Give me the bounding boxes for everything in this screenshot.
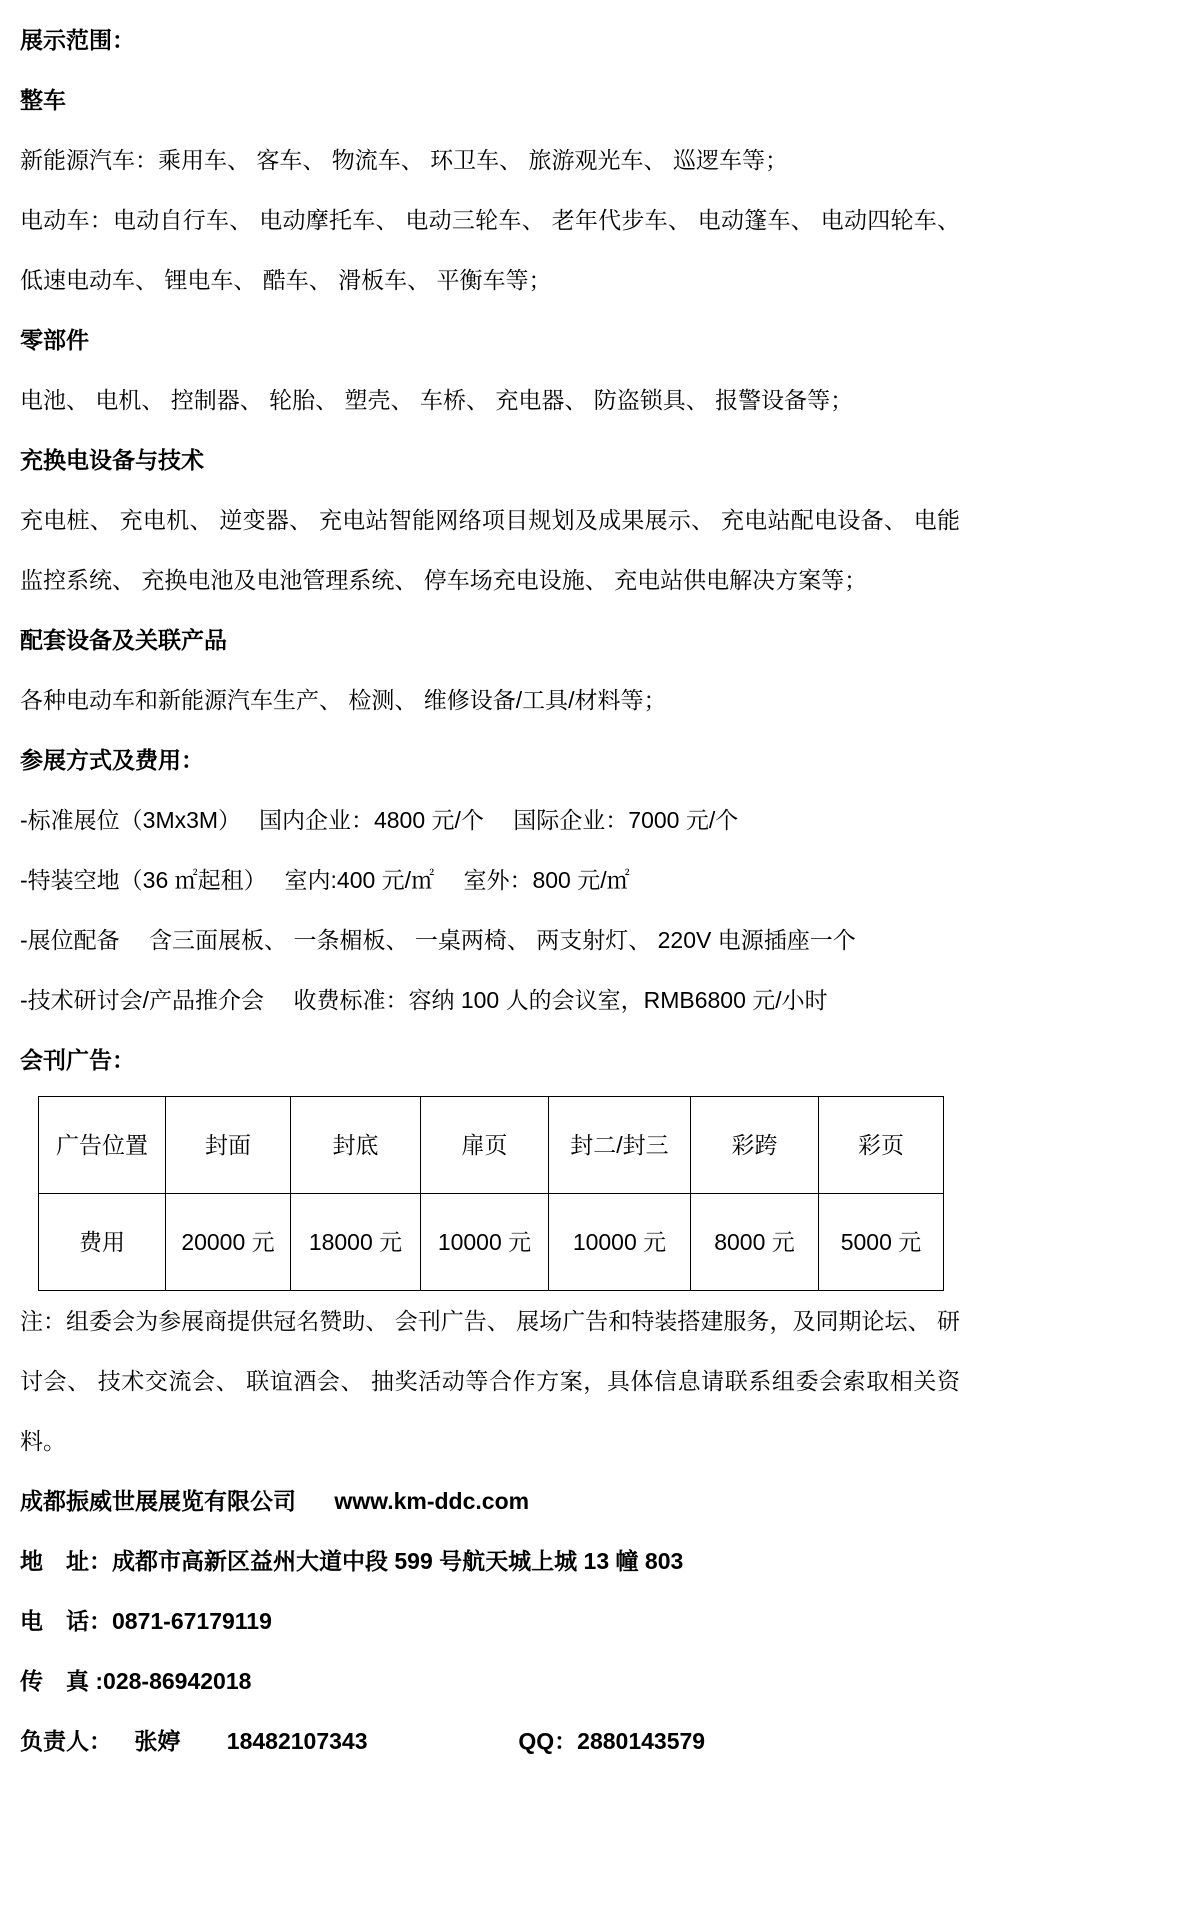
fee-item-seminar: -技术研讨会/产品推介会 收费标准：容纳 100 人的会议室，RMB6800 元… — [20, 970, 960, 1030]
fee-value-cell: 8000 元 — [691, 1194, 819, 1291]
manager-phone: 18482107343 — [227, 1728, 368, 1754]
section-heading-support: 配套设备及关联产品 — [20, 610, 960, 670]
ad-position-header-cell: 广告位置 — [39, 1097, 166, 1194]
section-heading-charging: 充换电设备与技术 — [20, 430, 960, 490]
fax-line: 传 真 :028-86942018 — [20, 1651, 960, 1711]
section-heading-journal-ads: 会刊广告： — [20, 1030, 960, 1090]
fee-value-cell: 10000 元 — [549, 1194, 691, 1291]
fee-item-booth-equipment: -展位配备 含三面展板、 一条楣板、 一桌两椅、 两支射灯、 220V 电源插座… — [20, 910, 960, 970]
section-heading-fees: 参展方式及费用： — [20, 730, 960, 790]
table-row: 费用 20000 元 18000 元 10000 元 10000 元 8000 … — [39, 1194, 944, 1291]
ad-col-header-title-page: 扉页 — [421, 1097, 549, 1194]
note-paragraph: 注：组委会为参展商提供冠名赞助、 会刊广告、 展场广告和特装搭建服务，及同期论坛… — [20, 1291, 960, 1471]
phone-line: 电 话：0871-67179119 — [20, 1591, 960, 1651]
qq-contact: QQ：2880143579 — [518, 1728, 705, 1754]
journal-ads-table: 广告位置 封面 封底 扉页 封二/封三 彩跨 彩页 费用 20000 元 180… — [38, 1096, 944, 1291]
ad-col-header-color-spread: 彩跨 — [691, 1097, 819, 1194]
parts-line: 电池、 电机、 控制器、 轮胎、 塑壳、 车桥、 充电器、 防盗锁具、 报警设备… — [20, 370, 960, 430]
fee-value-cell: 20000 元 — [166, 1194, 291, 1291]
document-page: 展示范围： 整车 新能源汽车：乘用车、 客车、 物流车、 环卫车、 旅游观光车、… — [0, 0, 1197, 1927]
fee-value-cell: 18000 元 — [291, 1194, 421, 1291]
ad-col-header-cover: 封面 — [166, 1097, 291, 1194]
manager-label: 负责人： — [20, 1728, 112, 1754]
manager-line: 负责人： 张婷 18482107343 QQ：2880143579 — [20, 1711, 960, 1771]
vehicles-nev-line: 新能源汽车：乘用车、 客车、 物流车、 环卫车、 旅游观光车、 巡逻车等； — [20, 130, 960, 190]
manager-info: 负责人： 张婷 18482107343 — [20, 1711, 512, 1771]
ad-col-header-back-cover: 封底 — [291, 1097, 421, 1194]
fee-row-label: 费用 — [39, 1194, 166, 1291]
vehicles-ev-line: 电动车：电动自行车、 电动摩托车、 电动三轮车、 老年代步车、 电动篷车、 电动… — [20, 190, 960, 310]
section-heading-vehicles: 整车 — [20, 70, 960, 130]
charging-line: 充电桩、 充电机、 逆变器、 充电站智能网络项目规划及成果展示、 充电站配电设备… — [20, 490, 960, 610]
address-line: 地 址：成都市高新区益州大道中段 599 号航天城上城 13 幢 803 — [20, 1531, 960, 1591]
ad-col-header-inside-covers: 封二/封三 — [549, 1097, 691, 1194]
company-line: 成都振威世展展览有限公司 www.km-ddc.com — [20, 1471, 960, 1531]
section-heading-parts: 零部件 — [20, 310, 960, 370]
support-line: 各种电动车和新能源汽车生产、 检测、 维修设备/工具/材料等； — [20, 670, 960, 730]
manager-name: 张婷 — [134, 1728, 180, 1754]
table-header-row: 广告位置 封面 封底 扉页 封二/封三 彩跨 彩页 — [39, 1097, 944, 1194]
fee-value-cell: 10000 元 — [421, 1194, 549, 1291]
company-website: www.km-ddc.com — [334, 1488, 529, 1514]
section-heading-scope: 展示范围： — [20, 10, 960, 70]
fee-item-standard-booth: -标准展位（3Mx3M） 国内企业：4800 元/个 国际企业：7000 元/个 — [20, 790, 960, 850]
company-name: 成都振威世展展览有限公司 — [20, 1488, 296, 1514]
fee-value-cell: 5000 元 — [819, 1194, 944, 1291]
ad-col-header-color-page: 彩页 — [819, 1097, 944, 1194]
fee-item-raw-space: -特装空地（36 ㎡起租） 室内:400 元/㎡ 室外：800 元/㎡ — [20, 850, 960, 910]
